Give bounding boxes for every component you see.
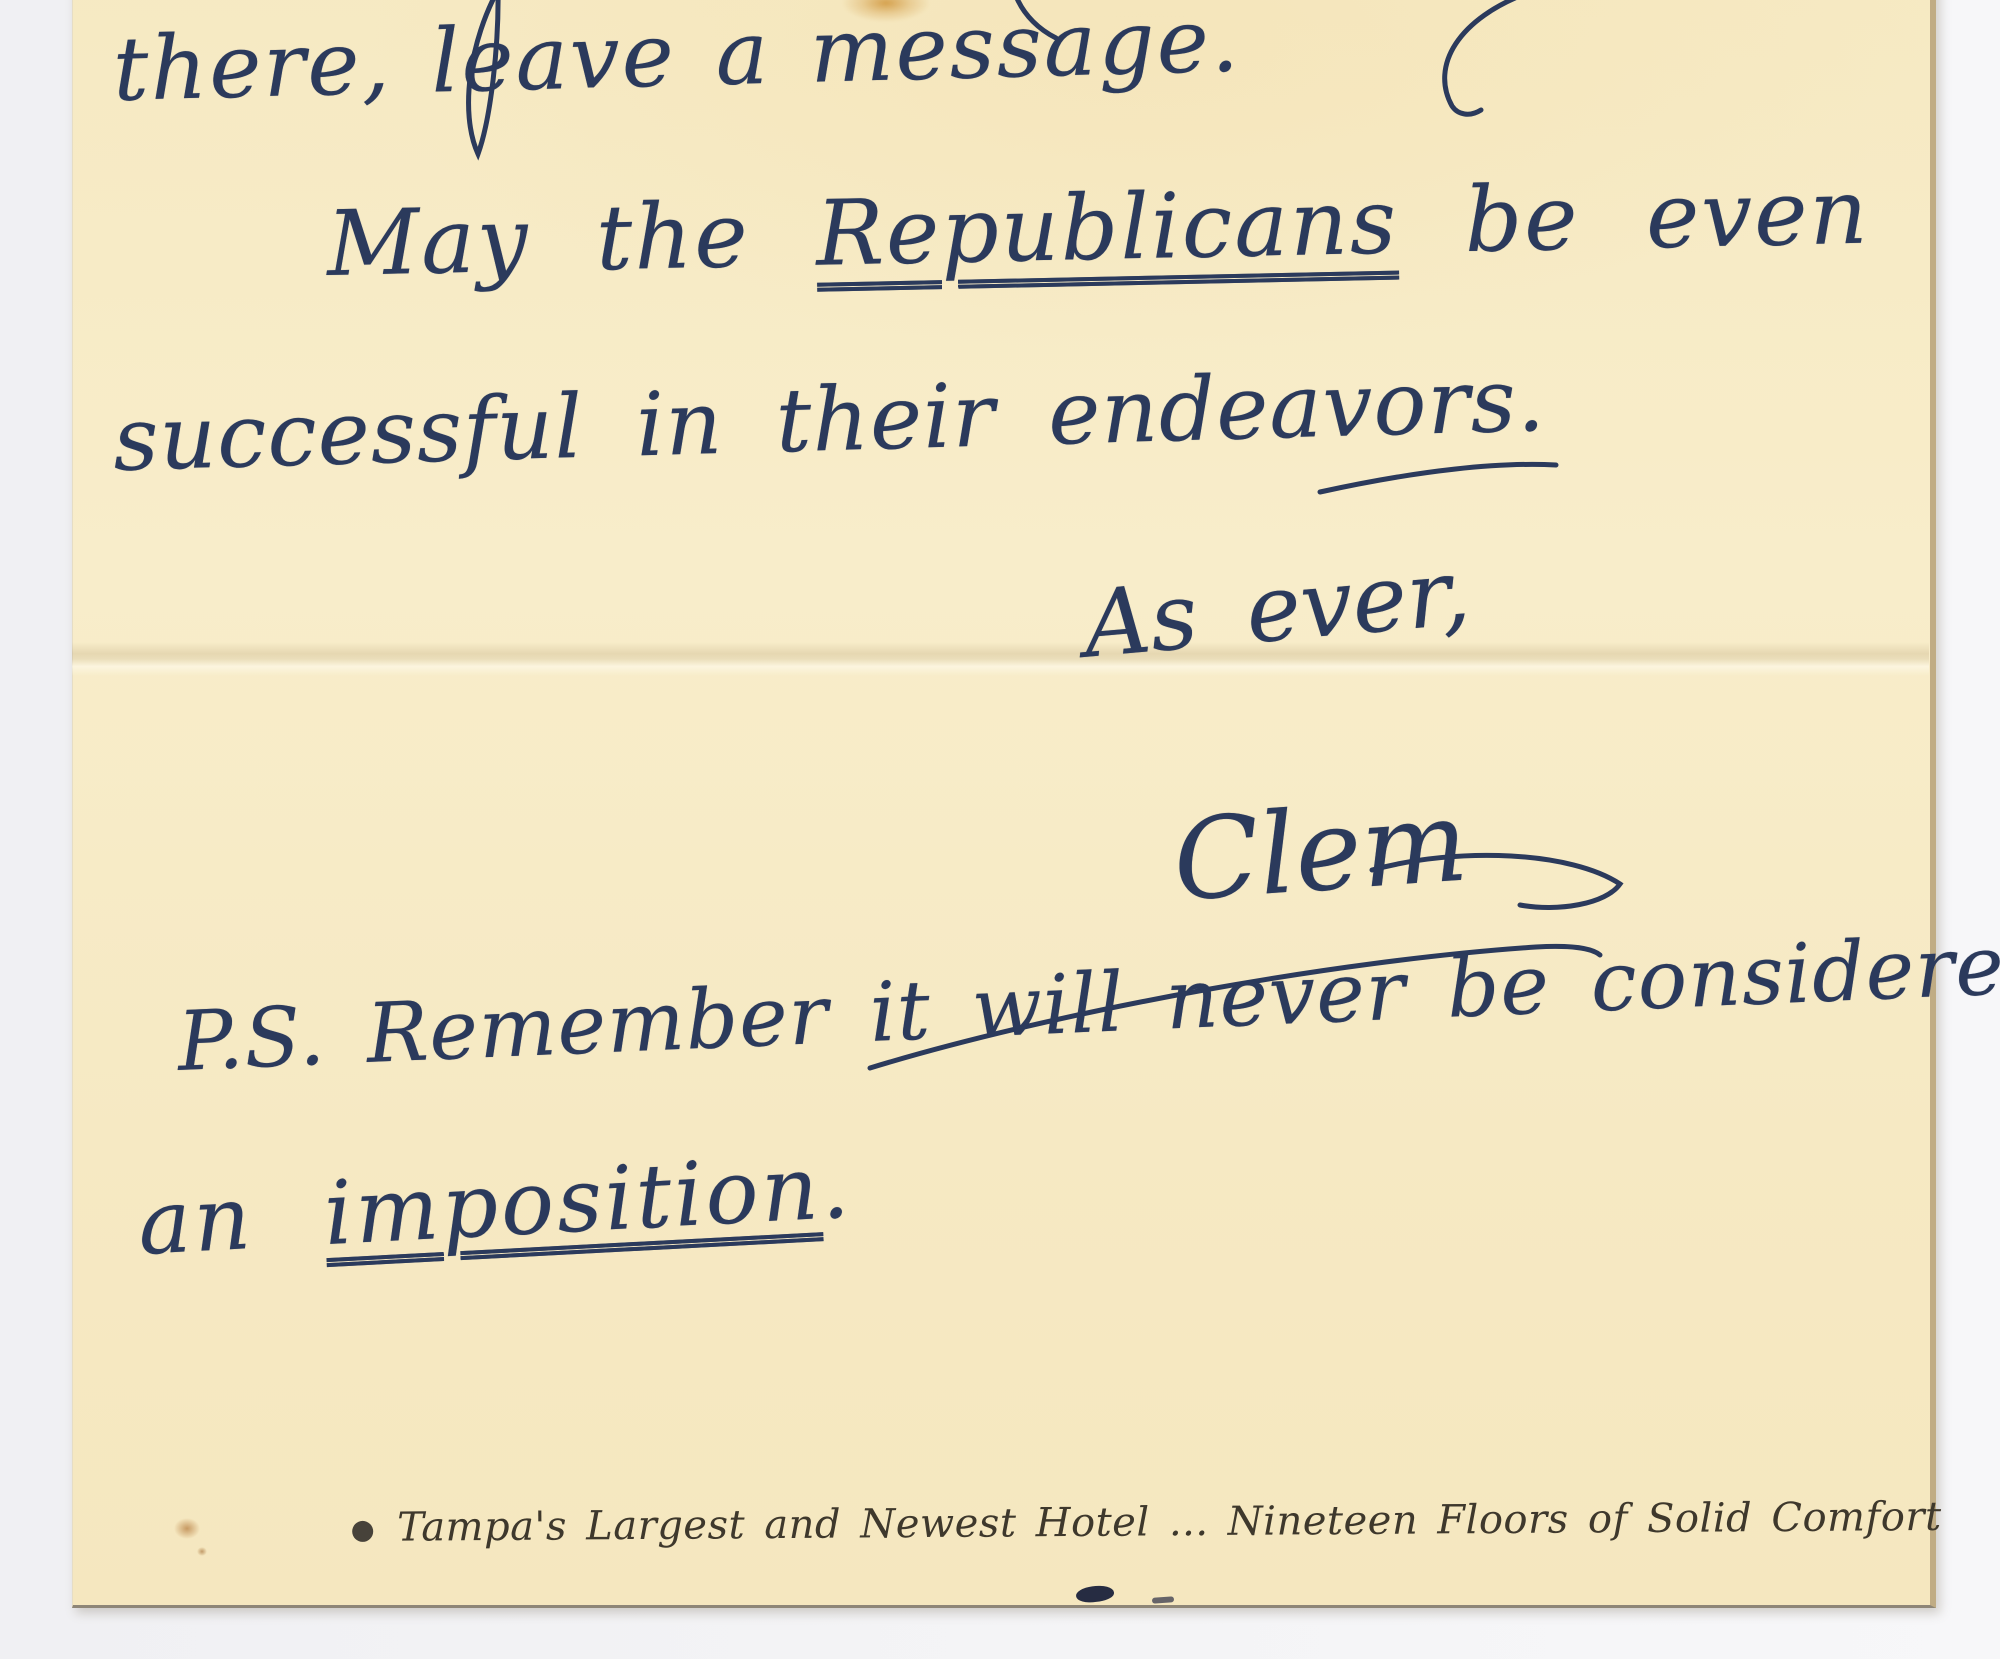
signature: Clem (1170, 785, 1471, 917)
rust-spot (174, 1518, 200, 1539)
bullet-icon (352, 1521, 373, 1542)
underlined-word-republicans: Republicans (815, 170, 1399, 287)
body-line-1-post: be even (1397, 160, 1871, 275)
rust-speck (197, 1547, 207, 1556)
fold-crease (72, 642, 1929, 676)
body-line-1-pre: May the (326, 182, 817, 297)
ps-line-2-post: . (818, 1135, 854, 1239)
page-background: there, leave a message. May the Republic… (0, 0, 2000, 1659)
ps-line-2-pre: an (136, 1162, 327, 1275)
